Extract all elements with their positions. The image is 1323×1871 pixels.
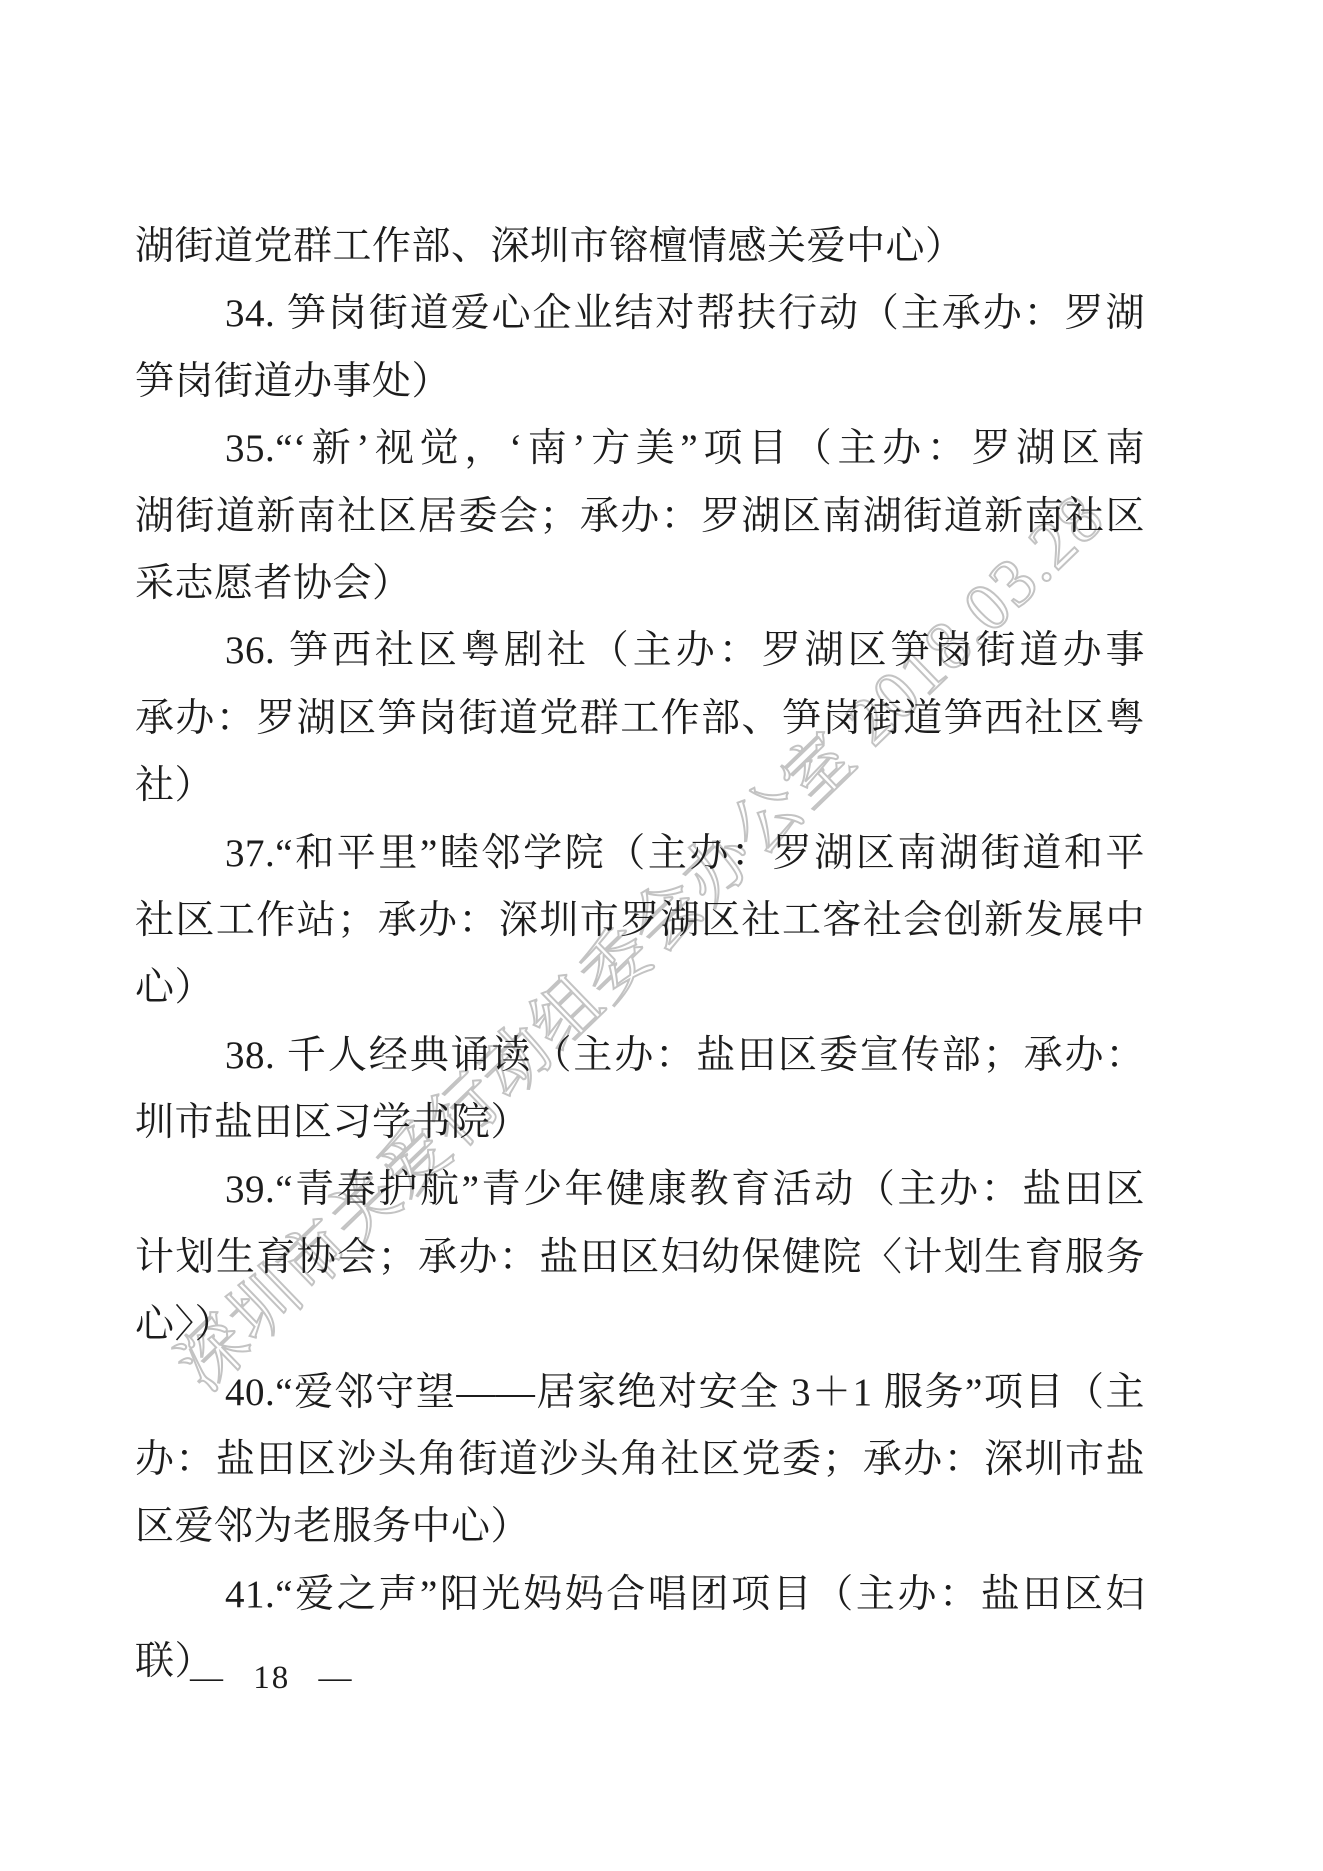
text-line: 湖街道党群工作部、深圳市镕檀情感关爱中心） <box>135 213 1145 280</box>
text-line: 区爱邻为老服务中心） <box>135 1493 1145 1560</box>
text-line: 采志愿者协会） <box>135 550 1145 617</box>
document-text: 湖街道党群工作部、深圳市镕檀情感关爱中心） 34. 笋岗街道爱心企业结对帮扶行动… <box>135 213 1145 1696</box>
text-line: 39.“青春护航”青少年健康教育活动（主办：盐田区 <box>135 1156 1145 1223</box>
text-line: 承办：罗湖区笋岗街道党群工作部、笋岗街道笋西社区粤剧 <box>135 685 1145 752</box>
text-line: 计划生育协会；承办：盐田区妇幼保健院〈计划生育服务中 <box>135 1224 1145 1291</box>
text-line: 36. 笋西社区粤剧社（主办：罗湖区笋岗街道办事处； <box>135 617 1145 684</box>
text-line: 41.“爱之声”阳光妈妈合唱团项目（主办：盐田区妇 <box>135 1561 1145 1628</box>
text-line: 湖街道新南社区居委会；承办：罗湖区南湖街道新南社区风 <box>135 483 1145 550</box>
text-line: 35.“‘新’视觉，‘南’方美”项目（主办：罗湖区南 <box>135 415 1145 482</box>
text-line: 笋岗街道办事处） <box>135 348 1145 415</box>
page-number: — 18 — <box>190 1660 354 1697</box>
text-line: 心） <box>135 954 1145 1021</box>
text-line: 37.“和平里”睦邻学院（主办：罗湖区南湖街道和平 <box>135 820 1145 887</box>
text-line: 社区工作站；承办：深圳市罗湖区社工客社会创新发展中 <box>135 887 1145 954</box>
text-line: 心〉） <box>135 1291 1145 1358</box>
text-line: 40.“爱邻守望——居家绝对安全 3＋1 服务”项目（主 <box>135 1359 1145 1426</box>
document-page: 深圳市关爱行动组委会办公室 2018.03.28 湖街道党群工作部、深圳市镕檀情… <box>0 0 1323 1871</box>
text-line: 34. 笋岗街道爱心企业结对帮扶行动（主承办：罗湖区 <box>135 280 1145 347</box>
text-line: 38. 千人经典诵读（主办：盐田区委宣传部；承办：深 <box>135 1022 1145 1089</box>
text-line: 社） <box>135 752 1145 819</box>
text-line: 办：盐田区沙头角街道沙头角社区党委；承办：深圳市盐田 <box>135 1426 1145 1493</box>
text-line: 圳市盐田区习学书院） <box>135 1089 1145 1156</box>
